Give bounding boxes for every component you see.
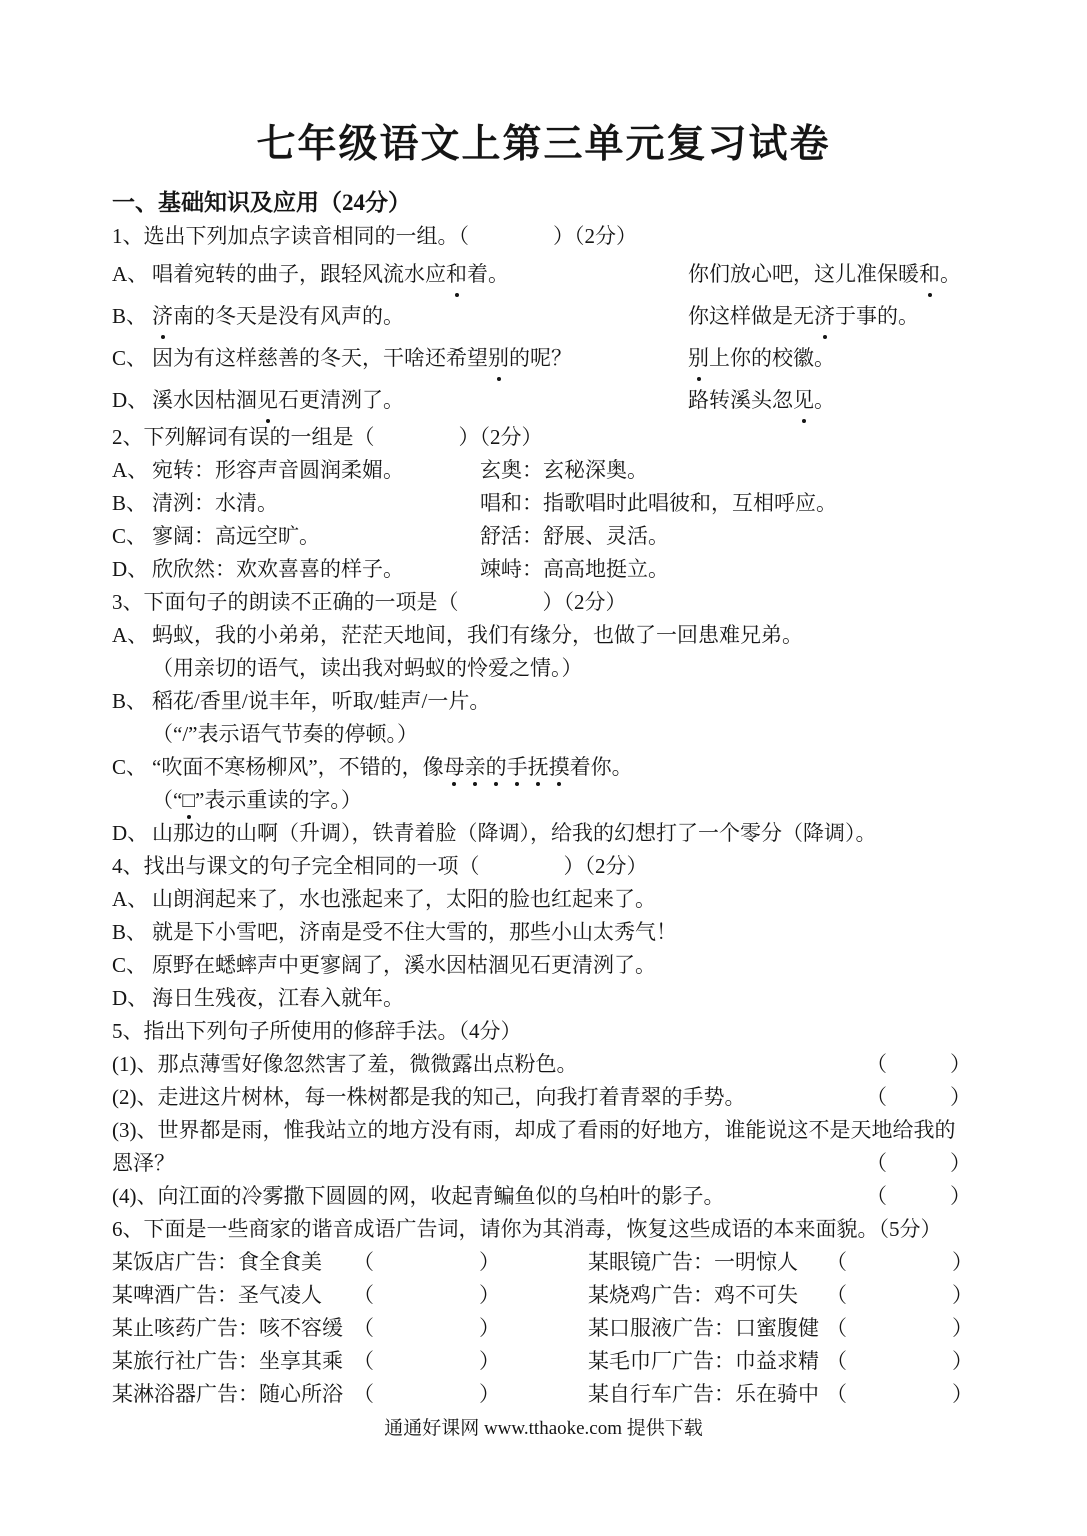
q4-option-c: C、 原野在蟋蟀声中更寥阔了，溪水因枯涸见石更清洌了。	[112, 949, 975, 982]
q1-option-c-left-sentence: 因为有这样慈善的冬天，干啥还希望别的呢？	[152, 337, 688, 379]
q2-option-c-left-definition: 寥阔：高远空旷。	[152, 520, 480, 553]
sentence-text: 的呢？	[509, 346, 572, 370]
q6-row-1-left: 某饭店广告：食全食美 （ ）	[112, 1246, 588, 1279]
emphasized-char: 见	[257, 388, 278, 412]
q6-row-5: 某淋浴器广告：随心所浴 （ ） 某自行车广告：乐在骑中 （ ）	[112, 1378, 975, 1411]
q6-stem: 6、下面是一些商家的谐音成语广告词，请你为其消毒，恢复这些成语的本来面貌。（5分…	[112, 1213, 975, 1246]
q5-item-1: (1)、那点薄雪好像忽然害了羞，微微露出点粉色。 （ ）	[112, 1048, 975, 1081]
q2-option-d-right-definition: 竦峙：高高地挺立。	[480, 553, 975, 586]
emphasized-char: 和	[919, 262, 940, 286]
ad-slogan: 某淋浴器广告：随心所浴	[112, 1378, 343, 1411]
answer-blank: （ ）	[826, 1246, 973, 1279]
q3-option-c: C、 “吹面不寒杨柳风”，不错的，像母亲的手抚摸着你。	[112, 751, 975, 784]
q3-option-a-sentence: 蚂蚁，我的小弟弟，茫茫天地间，我们有缘分，也做了一回患难兄弟。	[152, 619, 975, 652]
q1-option-c-right-sentence: 别上你的校徽。	[688, 337, 975, 379]
answer-blank: （ ）	[866, 1147, 971, 1180]
q6-row-5-right: 某自行车广告：乐在骑中 （ ）	[588, 1378, 975, 1411]
answer-blank: （ ）	[866, 1180, 971, 1213]
q6-row-4: 某旅行社广告：坐享其乘 （ ） 某毛巾厂广告：巾益求精 （ ）	[112, 1345, 975, 1378]
footer-download-credit: 通通好课网 www.tthaoke.com 提供下载	[112, 1414, 975, 1444]
q2-option-b-right-definition: 唱和：指歌唱时此唱彼和，互相呼应。	[480, 487, 975, 520]
answer-blank: （ ）	[353, 1345, 500, 1378]
option-label: A、	[112, 883, 152, 916]
ad-slogan: 某口服液广告：口蜜腹健	[588, 1312, 819, 1345]
emphasized-char: 和	[446, 262, 467, 286]
sentence-text: 路转溪头忽	[688, 388, 793, 412]
sentence-text: 南的冬天是没有风声的。	[173, 304, 404, 328]
q5-item-1-sentence: (1)、那点薄雪好像忽然害了羞，微微露出点粉色。	[112, 1052, 578, 1076]
q4-option-c-sentence: 原野在蟋蟀声中更寥阔了，溪水因枯涸见石更清洌了。	[152, 949, 975, 982]
sentence-text: 溪水因枯涸	[152, 388, 257, 412]
ad-slogan: 某毛巾厂广告：巾益求精	[588, 1345, 819, 1378]
q5-item-3: (3)、世界都是雨，惟我站立的地方没有雨，却成了看雨的好地方，谁能说这不是天地给…	[112, 1114, 975, 1180]
answer-blank: （ ）	[826, 1279, 973, 1312]
q4-option-a: A、 山朗润起来了，水也涨起来了，太阳的脸也红起来了。	[112, 883, 975, 916]
option-label: B、	[112, 685, 152, 718]
option-label: A、	[112, 253, 152, 295]
q5-stem: 5、指出下列句子所使用的修辞手法。（4分）	[112, 1015, 975, 1048]
note-text: （“	[152, 788, 182, 812]
q6-row-2-left: 某啤酒广告：圣气凌人 （ ）	[112, 1279, 588, 1312]
q2-stem: 2、下列解词有误的一组是（ ）（2分）	[112, 421, 975, 454]
q4-option-d: D、 海日生残夜，江春入就年。	[112, 982, 975, 1015]
sentence-text: 你这样做是无	[688, 304, 814, 328]
note-text: ”表示重读的字。）	[195, 788, 362, 812]
q1-option-b: B、 济南的冬天是没有风声的。 你这样做是无济于事的。	[112, 295, 975, 337]
q1-option-a: A、 唱着宛转的曲子，跟轻风流水应和着。 你们放心吧，这儿准保暖和。	[112, 253, 975, 295]
q1-option-a-right-sentence: 你们放心吧，这儿准保暖和。	[688, 253, 975, 295]
q3-option-d-sentence: 山那边的山啊（升调），铁青着脸（降调），给我的幻想打了一个零分（降调）。	[152, 817, 975, 850]
option-label: C、	[112, 751, 152, 784]
q5-item-2: (2)、走进这片树林，每一株树都是我的知己，向我打着青翠的手势。 （ ）	[112, 1081, 975, 1114]
sentence-text: 着你。	[570, 755, 633, 779]
q3-option-b: B、 稻花/香里/说丰年，听取/蛙声/一片。	[112, 685, 975, 718]
answer-blank: （ ）	[826, 1345, 973, 1378]
q6-row-2-right: 某烧鸡广告：鸡不可失 （ ）	[588, 1279, 975, 1312]
q1-option-d-left-sentence: 溪水因枯涸见石更清洌了。	[152, 379, 688, 421]
q2-option-b: B、 清洌：水清。 唱和：指歌唱时此唱彼和，互相呼应。	[112, 487, 975, 520]
q4-option-b-sentence: 就是下小雪吧，济南是受不住大雪的，那些小山太秀气！	[152, 916, 975, 949]
ad-slogan: 某烧鸡广告：鸡不可失	[588, 1279, 798, 1312]
q2-option-b-left-definition: 清洌：水清。	[152, 487, 480, 520]
q6-row-4-right: 某毛巾厂广告：巾益求精 （ ）	[588, 1345, 975, 1378]
sentence-text: 石更清洌了。	[278, 388, 404, 412]
q5-item-4: (4)、向江面的冷雾撒下圆圆的网，收起青鳊鱼似的乌柏叶的影子。 （ ）	[112, 1180, 975, 1213]
sentence-text: 上你的校徽。	[709, 346, 835, 370]
section-one-heading: 一、基础知识及应用（24分）	[112, 186, 975, 220]
option-label: B、	[112, 487, 152, 520]
q3-option-d: D、 山那边的山啊（升调），铁青着脸（降调），给我的幻想打了一个零分（降调）。	[112, 817, 975, 850]
option-label: A、	[112, 454, 152, 487]
option-label: B、	[112, 916, 152, 949]
q5-item-3-sentence: (3)、世界都是雨，惟我站立的地方没有雨，却成了看雨的好地方，谁能说这不是天地给…	[112, 1118, 955, 1175]
option-label: D、	[112, 553, 152, 586]
option-label: A、	[112, 619, 152, 652]
option-label: C、	[112, 520, 152, 553]
q6-row-4-left: 某旅行社广告：坐享其乘 （ ）	[112, 1345, 588, 1378]
q4-option-b: B、 就是下小雪吧，济南是受不住大雪的，那些小山太秀气！	[112, 916, 975, 949]
q1-option-a-left-sentence: 唱着宛转的曲子，跟轻风流水应和着。	[152, 253, 688, 295]
q6-row-3-left: 某止咳药广告：咳不容缓 （ ）	[112, 1312, 588, 1345]
q4-option-d-sentence: 海日生残夜，江春入就年。	[152, 982, 975, 1015]
option-label: C、	[112, 949, 152, 982]
option-label: C、	[112, 337, 152, 379]
q2-option-a-right-definition: 玄奥：玄秘深奥。	[480, 454, 975, 487]
ad-slogan: 某啤酒广告：圣气凌人	[112, 1279, 322, 1312]
answer-blank: （ ）	[826, 1378, 973, 1411]
q5-item-2-sentence: (2)、走进这片树林，每一株树都是我的知己，向我打着青翠的手势。	[112, 1085, 745, 1109]
q2-option-c: C、 寥阔：高远空旷。 舒活：舒展、灵活。	[112, 520, 975, 553]
option-label: D、	[112, 817, 152, 850]
q4-stem: 4、找出与课文的句子完全相同的一项（ ）（2分）	[112, 850, 975, 883]
sentence-text: 。	[814, 388, 835, 412]
ad-slogan: 某自行车广告：乐在骑中	[588, 1378, 819, 1411]
q1-option-b-left-sentence: 济南的冬天是没有风声的。	[152, 295, 688, 337]
ad-slogan: 某眼镜广告：一明惊人	[588, 1246, 798, 1279]
q2-option-a: A、 宛转：形容声音圆润柔媚。 玄奥：玄秘深奥。	[112, 454, 975, 487]
option-label: D、	[112, 982, 152, 1015]
q6-row-3: 某止咳药广告：咳不容缓 （ ） 某口服液广告：口蜜腹健 （ ）	[112, 1312, 975, 1345]
stressed-characters: 母亲的手抚摸	[444, 755, 570, 779]
emphasized-char: 济	[152, 304, 173, 328]
emphasized-char: 别	[688, 346, 709, 370]
ad-slogan: 某旅行社广告：坐享其乘	[112, 1345, 343, 1378]
test-paper-page: 七年级语文上第三单元复习试卷 一、基础知识及应用（24分） 1、选出下列加点字读…	[0, 0, 1087, 1536]
q2-option-d-left-definition: 欣欣然：欢欢喜喜的样子。	[152, 553, 480, 586]
stress-mark-symbol: □	[182, 788, 195, 812]
page-title: 七年级语文上第三单元复习试卷	[112, 120, 975, 170]
sentence-text: 你们放心吧，这儿准保暖	[688, 262, 919, 286]
q2-option-a-left-definition: 宛转：形容声音圆润柔媚。	[152, 454, 480, 487]
q6-row-2: 某啤酒广告：圣气凌人 （ ） 某烧鸡广告：鸡不可失 （ ）	[112, 1279, 975, 1312]
q3-stem: 3、下面句子的朗读不正确的一项是（ ）（2分）	[112, 586, 975, 619]
q3-option-b-note: （“/”表示语气节奏的停顿。）	[112, 718, 975, 751]
q6-row-1-right: 某眼镜广告：一明惊人 （ ）	[588, 1246, 975, 1279]
q6-row-1: 某饭店广告：食全食美 （ ） 某眼镜广告：一明惊人 （ ）	[112, 1246, 975, 1279]
q1-stem: 1、选出下列加点字读音相同的一组。（ ）（2分）	[112, 220, 975, 253]
q2-option-c-right-definition: 舒活：舒展、灵活。	[480, 520, 975, 553]
emphasized-char: 别	[488, 346, 509, 370]
ad-slogan: 某止咳药广告：咳不容缓	[112, 1312, 343, 1345]
emphasized-char: 济	[814, 304, 835, 328]
sentence-text: 唱着宛转的曲子，跟轻风流水应	[152, 262, 446, 286]
q3-option-c-sentence: “吹面不寒杨柳风”，不错的，像母亲的手抚摸着你。	[152, 751, 975, 784]
sentence-text: 。	[940, 262, 961, 286]
q3-option-a-note: （用亲切的语气，读出我对蚂蚁的怜爱之情。）	[112, 652, 975, 685]
q1-option-c: C、 因为有这样慈善的冬天，干啥还希望别的呢？ 别上你的校徽。	[112, 337, 975, 379]
answer-blank: （ ）	[353, 1246, 500, 1279]
q5-item-4-sentence: (4)、向江面的冷雾撒下圆圆的网，收起青鳊鱼似的乌柏叶的影子。	[112, 1184, 724, 1208]
answer-blank: （ ）	[826, 1312, 973, 1345]
sentence-text: 于事的。	[835, 304, 919, 328]
answer-blank: （ ）	[866, 1048, 971, 1081]
q1-option-d: D、 溪水因枯涸见石更清洌了。 路转溪头忽见。	[112, 379, 975, 421]
answer-blank: （ ）	[353, 1279, 500, 1312]
answer-blank: （ ）	[866, 1081, 971, 1114]
q3-option-c-note: （“□”表示重读的字。）	[112, 784, 975, 817]
emphasized-char: 见	[793, 388, 814, 412]
q6-row-3-right: 某口服液广告：口蜜腹健 （ ）	[588, 1312, 975, 1345]
option-label: D、	[112, 379, 152, 421]
q3-option-a: A、 蚂蚁，我的小弟弟，茫茫天地间，我们有缘分，也做了一回患难兄弟。	[112, 619, 975, 652]
q6-row-5-left: 某淋浴器广告：随心所浴 （ ）	[112, 1378, 588, 1411]
q3-option-b-sentence: 稻花/香里/说丰年，听取/蛙声/一片。	[152, 685, 975, 718]
q4-option-a-sentence: 山朗润起来了，水也涨起来了，太阳的脸也红起来了。	[152, 883, 975, 916]
option-label: B、	[112, 295, 152, 337]
ad-slogan: 某饭店广告：食全食美	[112, 1246, 322, 1279]
answer-blank: （ ）	[353, 1312, 500, 1345]
sentence-text: 着。	[467, 262, 509, 286]
sentence-text: “吹面不寒杨柳风”，不错的，像	[152, 755, 444, 779]
sentence-text: 因为有这样慈善的冬天，干啥还希望	[152, 346, 488, 370]
q1-option-d-right-sentence: 路转溪头忽见。	[688, 379, 975, 421]
q1-option-b-right-sentence: 你这样做是无济于事的。	[688, 295, 975, 337]
answer-blank: （ ）	[353, 1378, 500, 1411]
q2-option-d: D、 欣欣然：欢欢喜喜的样子。 竦峙：高高地挺立。	[112, 553, 975, 586]
